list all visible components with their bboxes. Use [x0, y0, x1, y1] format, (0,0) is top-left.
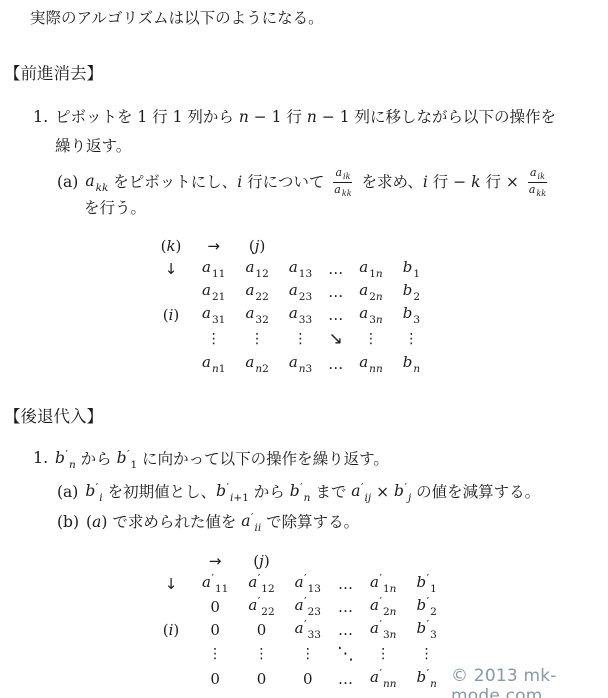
matrix-cell: 0 [238, 618, 284, 641]
matrix-cell: b2 [393, 280, 430, 303]
matrix-cell: a3n [349, 303, 392, 326]
matrix-cell: an3 [279, 352, 322, 375]
matrix-cell [150, 549, 192, 572]
matrix-row: (i)a31a32a33…a3nb3 [150, 303, 430, 326]
subitem-line: (a) で求められた値を a′ii で除算する。 [86, 511, 359, 533]
matrix-cell: → [192, 549, 238, 572]
section-title-backward-substitution: 【後退代入】 [4, 403, 103, 427]
matrix-cell: ⋮ [406, 641, 446, 667]
matrix-cell: a′2n [360, 595, 406, 618]
matrix-cell: 0 [192, 618, 238, 641]
matrix-cell: … [322, 257, 349, 280]
matrix-cell: → [192, 234, 235, 257]
list-line: b′n から b′1 に向かって以下の操作を繰り返す。 [55, 448, 389, 470]
matrix-cell [150, 280, 192, 303]
matrix-cell: 0 [285, 667, 331, 690]
matrix-cell: a′3n [360, 618, 406, 641]
matrix-cell: ⋮ [238, 641, 284, 667]
matrix-cell: bn [393, 352, 430, 375]
matrix-cell: b3 [393, 303, 430, 326]
matrix-cell: b′2 [406, 595, 446, 618]
matrix-cell: ⋮ [285, 641, 331, 667]
subitem-label: (b) [57, 512, 79, 533]
matrix-cell: ↓ [150, 257, 192, 280]
matrix-row: ↓a′11a′12a′13…a′1nb′1 [150, 572, 447, 595]
matrix-cell: a11 [192, 257, 235, 280]
matrix-cell: ⋮ [235, 326, 278, 352]
matrix-cell [150, 667, 192, 690]
matrix-cell: (k) [150, 234, 192, 257]
matrix-cell [406, 549, 446, 572]
matrix-cell: (i) [150, 303, 192, 326]
matrix-cell: b′3 [406, 618, 446, 641]
matrix-cell: … [331, 572, 360, 595]
matrix-cell: ⋮ [279, 326, 322, 352]
matrix-cell: a′1n [360, 572, 406, 595]
subitem-line: b′i を初期値とし、b′i+1 から b′n まで a′ij × b′j の値… [85, 481, 540, 503]
matrix-cell: a′23 [285, 595, 331, 618]
matrix-row: an1an2an3…annbn [150, 352, 430, 375]
matrix-cell: ⋮ [192, 641, 238, 667]
matrix-cell: b′1 [406, 572, 446, 595]
matrix-cell: a22 [235, 280, 278, 303]
matrix-cell: 0 [192, 667, 238, 690]
matrix-cell: a′33 [285, 618, 331, 641]
subitem-line: akk をピボットにし、i 行について aikakk を求め、i 行 − k 行… [85, 167, 551, 198]
matrix-cell [285, 549, 331, 572]
list-line: 繰り返す。 [55, 136, 131, 157]
subitem-b: (b) (a) で求められた値を a′ii で除算する。 [57, 509, 359, 535]
matrix-cell [331, 549, 360, 572]
matrix-cell: 0 [238, 667, 284, 690]
matrix-row: 0a′22a′23…a′2nb′2 [150, 595, 447, 618]
matrix-cell: a′11 [192, 572, 238, 595]
matrix-cell [322, 234, 349, 257]
matrix-cell: (i) [150, 618, 192, 641]
list-number: 1. [33, 107, 48, 126]
matrix-row: ⋮⋮⋮↘⋮⋮ [150, 326, 430, 352]
subitem-label: (a) [57, 482, 78, 503]
matrix-cell: … [331, 595, 360, 618]
matrix-cell: ⋮ [360, 641, 406, 667]
matrix-cell: ⋮ [192, 326, 235, 352]
matrix-cell: … [331, 667, 360, 690]
matrix-cell: a12 [235, 257, 278, 280]
matrix-cell: ann [349, 352, 392, 375]
matrix-row: a21a22a23…a2nb2 [150, 280, 430, 303]
matrix-cell: … [322, 352, 349, 375]
matrix-cell: an1 [192, 352, 235, 375]
subitem-line-continued: を行う。 [84, 198, 146, 219]
matrix-row: (k)→(j) [150, 234, 430, 257]
matrix-cell: … [322, 303, 349, 326]
matrix-row: →(j) [150, 549, 447, 572]
matrix-cell: ↓ [150, 572, 192, 595]
matrix-cell: ⋮ [349, 326, 392, 352]
matrix-cell: a′13 [285, 572, 331, 595]
matrix-cell [393, 234, 430, 257]
matrix-row: ⋮⋮⋮⋱⋮⋮ [150, 641, 447, 667]
matrix-cell [150, 641, 192, 667]
matrix-cell: a13 [279, 257, 322, 280]
matrix-row: ↓a11a12a13…a1nb1 [150, 257, 430, 280]
section-title-forward-elimination: 【前進消去】 [4, 60, 103, 84]
matrix-cell: a23 [279, 280, 322, 303]
matrix-cell: (j) [235, 234, 278, 257]
matrix-cell: b′n [406, 667, 446, 690]
matrix-cell [150, 326, 192, 352]
matrix-cell: … [322, 280, 349, 303]
matrix-cell: b1 [393, 257, 430, 280]
matrix-cell: a32 [235, 303, 278, 326]
matrix-cell: a21 [192, 280, 235, 303]
intro-paragraph: 実際のアルゴリズムは以下のようになる。 [30, 8, 324, 29]
matrix-cell: a31 [192, 303, 235, 326]
matrix-cell: an2 [235, 352, 278, 375]
matrix-cell: a′12 [238, 572, 284, 595]
list-number: 1. [33, 448, 48, 467]
matrix-cell: a′22 [238, 595, 284, 618]
matrix-cell: 0 [192, 595, 238, 618]
matrix-cell: a2n [349, 280, 392, 303]
watermark-copyright: © 2013 mk-mode.com [451, 666, 608, 698]
matrix-cell [360, 549, 406, 572]
subitem-label: (a) [57, 172, 78, 193]
matrix-cell: (j) [238, 549, 284, 572]
matrix-cell: ⋮ [393, 326, 430, 352]
forward-elimination-matrix: (k)→(j)↓a11a12a13…a1nb1a21a22a23…a2nb2(i… [150, 234, 430, 375]
matrix-cell [279, 234, 322, 257]
matrix-row: (i)00a′33…a′3nb′3 [150, 618, 447, 641]
backward-substitution-matrix: →(j)↓a′11a′12a′13…a′1nb′10a′22a′23…a′2nb… [150, 549, 447, 690]
matrix-cell: ⋱ [331, 641, 360, 667]
matrix-cell: … [331, 618, 360, 641]
subitem-a: (a) akk をピボットにし、i 行について aikakk を求め、i 行 −… [57, 162, 551, 202]
matrix-cell: a′nn [360, 667, 406, 690]
document-page: { "colors": { "text": "#1b1b1b", "waterm… [0, 0, 608, 698]
matrix-cell [150, 352, 192, 375]
matrix-cell: a33 [279, 303, 322, 326]
subitem-a: (a) b′i を初期値とし、b′i+1 から b′n まで a′ij × b′… [57, 479, 540, 505]
list-line: ピボットを 1 行 1 列から n − 1 行 n − 1 列に移しながら以下の… [55, 107, 556, 128]
matrix-cell: ↘ [322, 326, 349, 352]
matrix-cell: a1n [349, 257, 392, 280]
matrix-row: 000…a′nnb′n [150, 667, 447, 690]
matrix-cell [150, 595, 192, 618]
matrix-cell [349, 234, 392, 257]
